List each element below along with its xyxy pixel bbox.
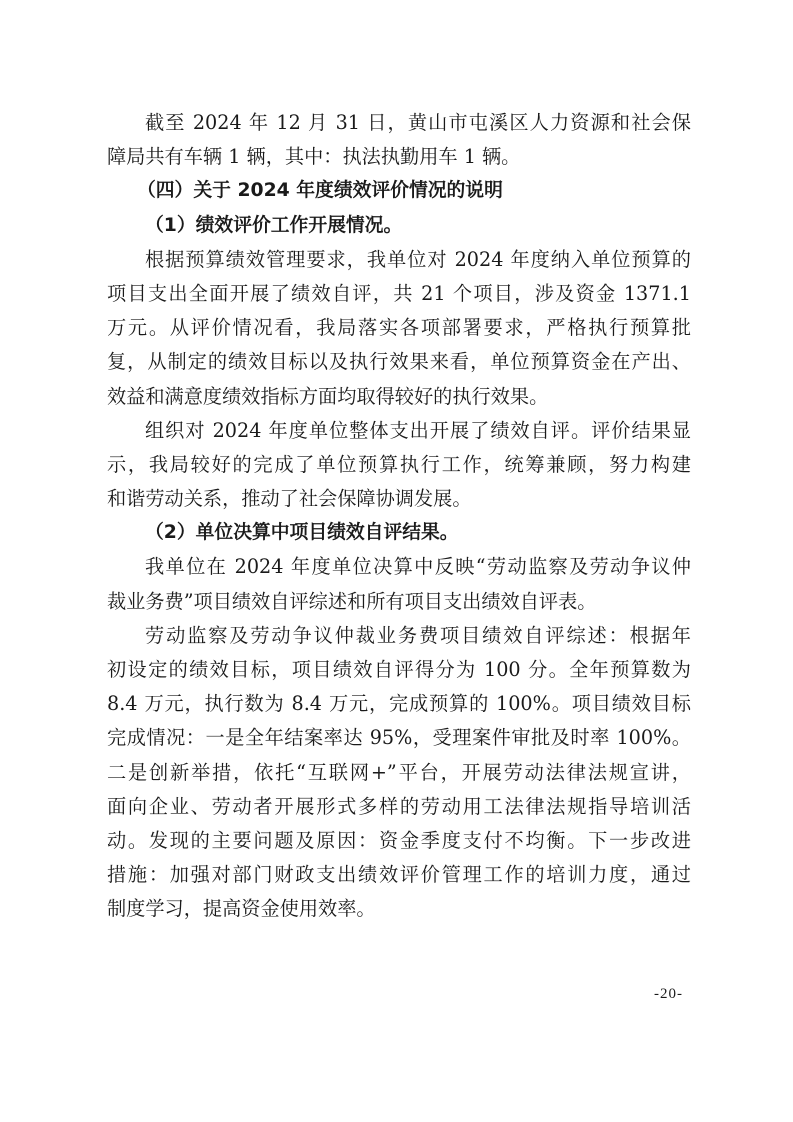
section-heading-performance-evaluation: （四）关于 2024 年度绩效评价情况的说明	[107, 174, 691, 208]
text-line: 障局共有车辆 1 辆，其中：执法执勤用车 1 辆。	[107, 140, 691, 174]
text-line: 劳动监察及劳动争议仲裁业务费项目绩效自评综述：根据年	[107, 619, 691, 653]
text-line: 截至 2024 年 12 月 31 日，黄山市屯溪区人力资源和社会保	[107, 106, 691, 140]
text-line: 制度学习，提高资金使用效率。	[107, 892, 691, 926]
text-line: 措施：加强对部门财政支出绩效评价管理工作的培训力度，通过	[107, 858, 691, 892]
paragraph-evaluation-overview: 根据预算绩效管理要求，我单位对 2024 年度纳入单位预算的 项目支出全面开展了…	[107, 243, 691, 414]
text-line: 和谐劳动关系，推动了社会保障协调发展。	[107, 482, 691, 516]
text-line: 初设定的绩效目标，项目绩效自评得分为 100 分。全年预算数为	[107, 653, 691, 687]
paragraph-labor-inspection-summary: 劳动监察及劳动争议仲裁业务费项目绩效自评综述：根据年 初设定的绩效目标，项目绩效…	[107, 619, 691, 927]
text-line: 完成情况：一是全年结案率达 95%，受理案件审批及时率 100%。	[107, 721, 691, 755]
text-line: 万元。从评价情况看，我局落实各项部署要求，严格执行预算批	[107, 311, 691, 345]
text-line: 我单位在 2024 年度单位决算中反映“劳动监察及劳动争议仲	[107, 550, 691, 584]
text-line: 复，从制定的绩效目标以及执行效果来看，单位预算资金在产出、	[107, 345, 691, 379]
paragraph-vehicles: 截至 2024 年 12 月 31 日，黄山市屯溪区人力资源和社会保 障局共有车…	[107, 106, 691, 174]
subsection-heading-evaluation-work: （1）绩效评价工作开展情况。	[107, 209, 691, 243]
page-number: -20-	[654, 986, 683, 1003]
text-line: 面向企业、劳动者开展形式多样的劳动用工法律法规指导培训活	[107, 790, 691, 824]
text-line: 裁业务费”项目绩效自评综述和所有项目支出绩效自评表。	[107, 585, 691, 619]
paragraph-overall-expenditure: 组织对 2024 年度单位整体支出开展了绩效自评。评价结果显 示，我局较好的完成…	[107, 414, 691, 517]
text-line: 动。发现的主要问题及原因：资金季度支付不均衡。下一步改进	[107, 824, 691, 858]
text-line: 组织对 2024 年度单位整体支出开展了绩效自评。评价结果显	[107, 414, 691, 448]
document-page: 截至 2024 年 12 月 31 日，黄山市屯溪区人力资源和社会保 障局共有车…	[107, 106, 691, 927]
text-line: 二是创新举措，依托“互联网+”平台，开展劳动法律法规宣讲，	[107, 756, 691, 790]
text-line: 根据预算绩效管理要求，我单位对 2024 年度纳入单位预算的	[107, 243, 691, 277]
text-line: 效益和满意度绩效指标方面均取得较好的执行效果。	[107, 380, 691, 414]
text-line: 示，我局较好的完成了单位预算执行工作，统筹兼顾，努力构建	[107, 448, 691, 482]
subsection-heading-project-results: （2）单位决算中项目绩效自评结果。	[107, 516, 691, 550]
text-line: 项目支出全面开展了绩效自评，共 21 个项目，涉及资金 1371.1	[107, 277, 691, 311]
paragraph-final-accounts: 我单位在 2024 年度单位决算中反映“劳动监察及劳动争议仲 裁业务费”项目绩效…	[107, 550, 691, 618]
text-line: 8.4 万元，执行数为 8.4 万元，完成预算的 100%。项目绩效目标	[107, 687, 691, 721]
